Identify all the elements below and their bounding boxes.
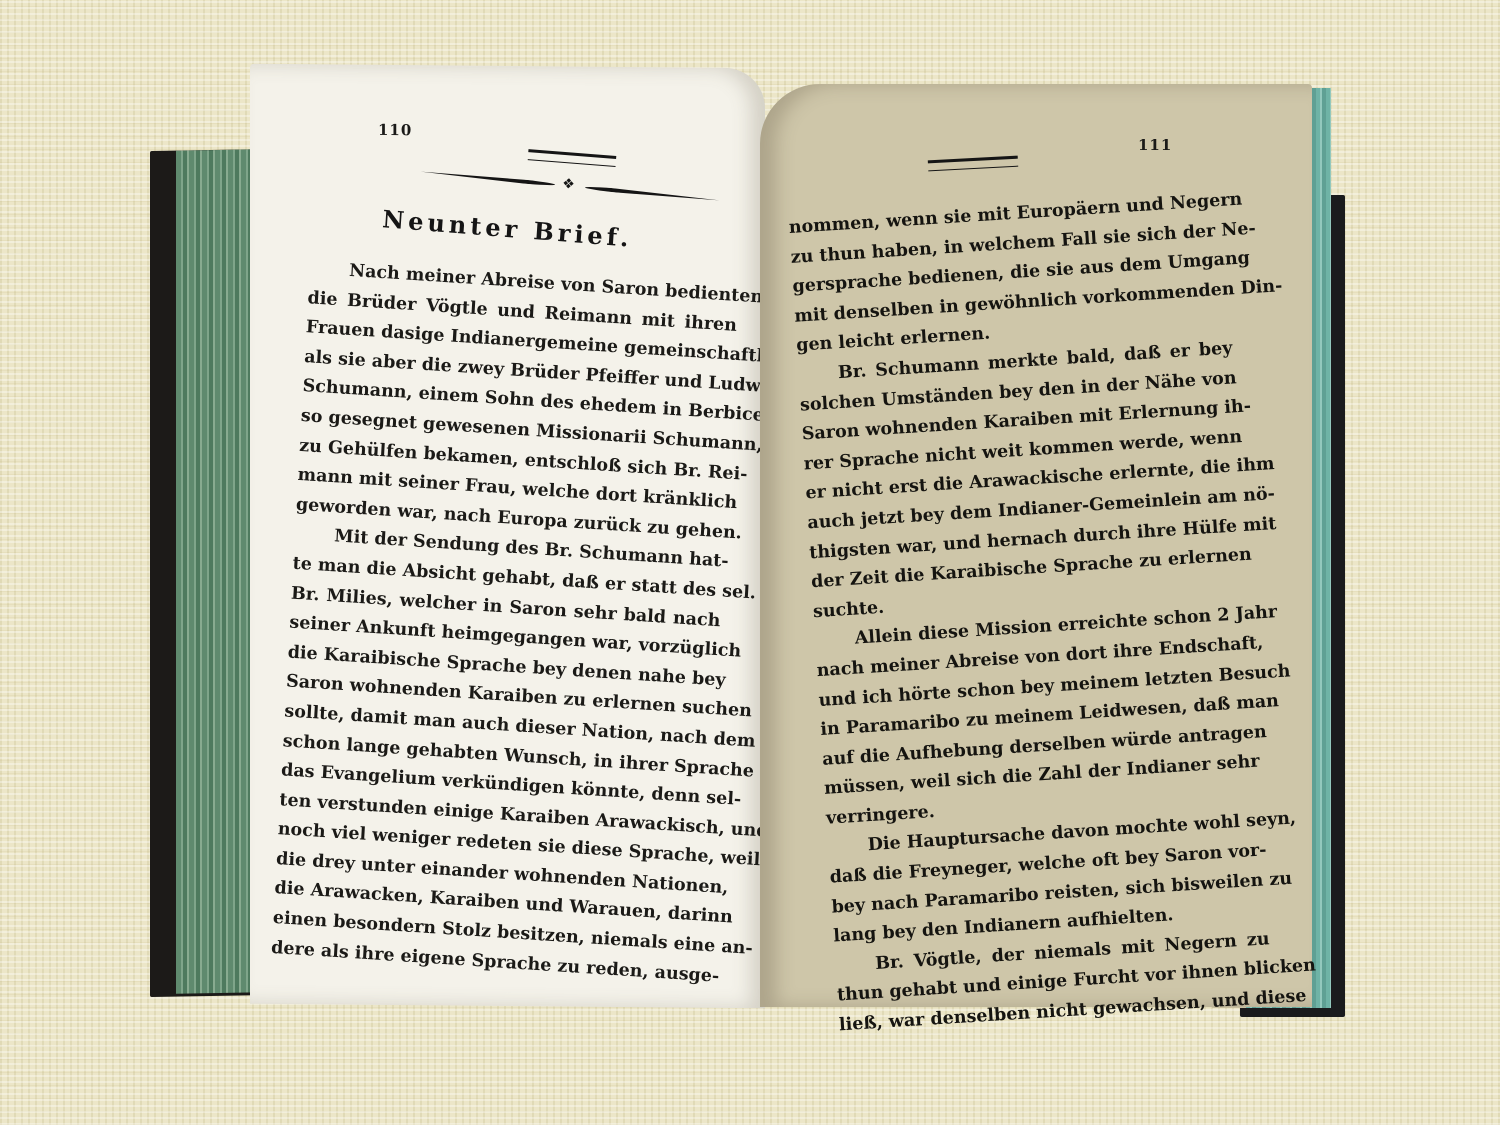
header-rule-left: [528, 149, 617, 167]
right-page-body: nommen, wenn sie mit Europäern und Neger…: [788, 187, 1274, 1041]
right-page: 111 nommen, wenn sie mit Europäern und N…: [760, 84, 1312, 1007]
left-page-body: Nach meiner Abreise von Saron bedientend…: [270, 254, 739, 991]
left-page: 110 ❖ Neunter Brief. Nach meiner Abreise…: [250, 64, 765, 1008]
header-rule-right: [928, 156, 1018, 172]
fleuron-divider-icon: ❖: [419, 157, 720, 216]
page-number-left: 110: [378, 121, 412, 139]
page-number-right: 111: [1138, 136, 1172, 154]
